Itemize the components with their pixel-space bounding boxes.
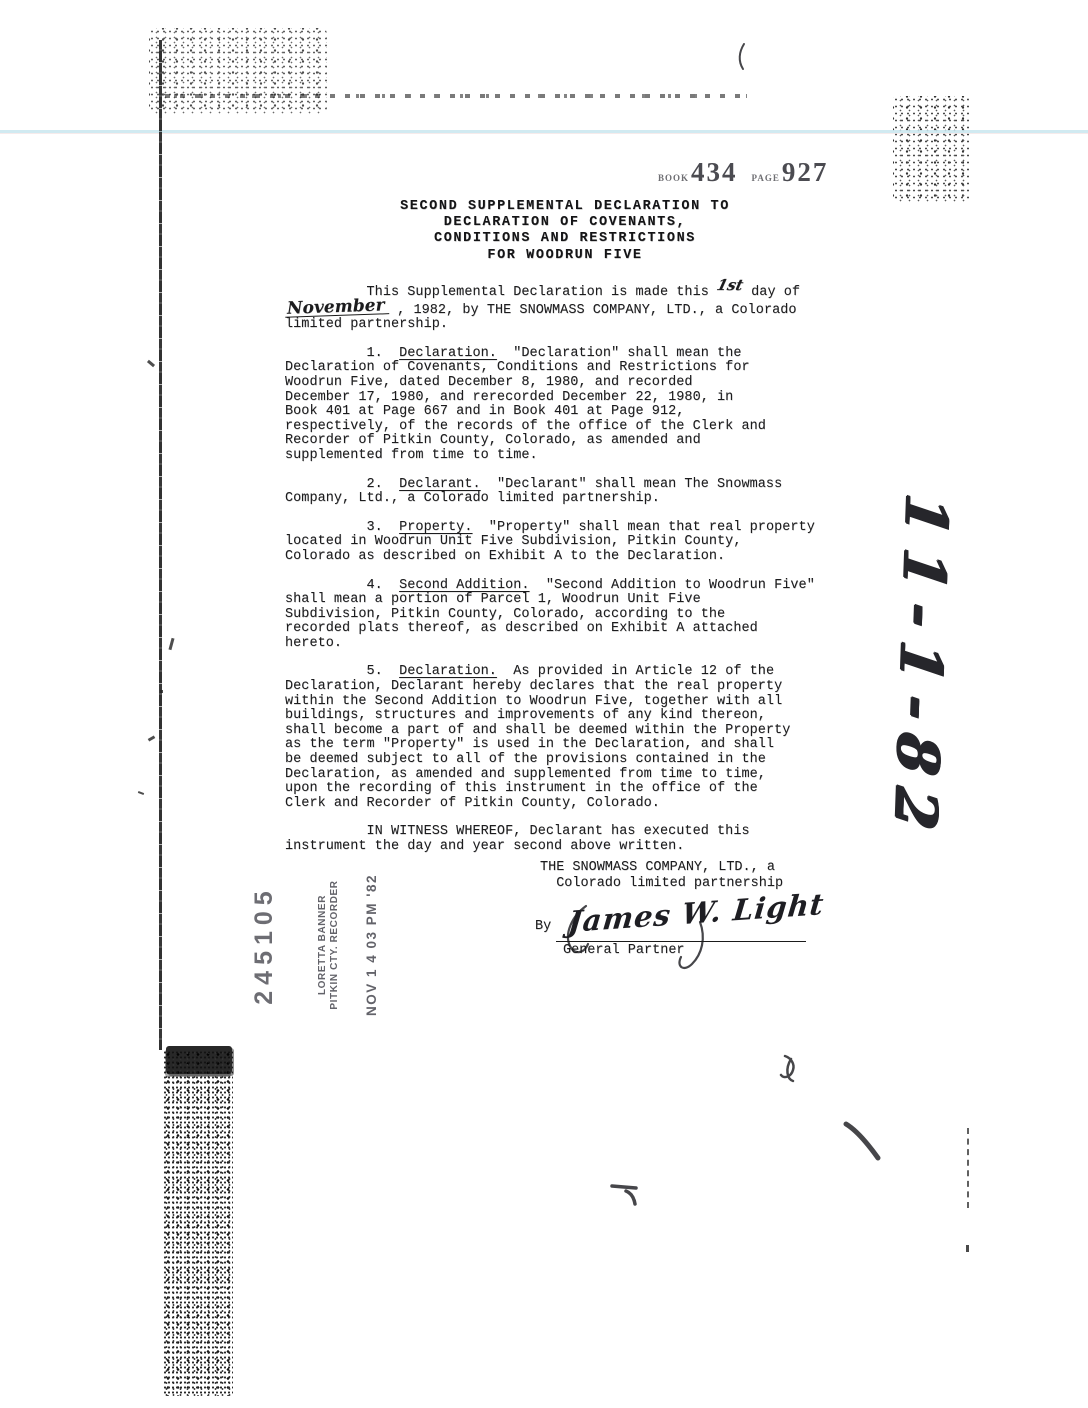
- scan-dotted-trail: [165, 94, 747, 98]
- recorder-title: PITKIN CTY. RECORDER: [329, 870, 341, 1020]
- typed-text: Recorder of Pitkin County, Colorado, as …: [285, 433, 701, 448]
- text-line: hereto.: [285, 637, 870, 652]
- recorder-reception-number: 245105: [250, 870, 284, 1020]
- typed-text: 1.: [285, 346, 399, 361]
- text-line: located in Woodrun Unit Five Subdivision…: [285, 535, 870, 550]
- typed-text: Declaration, as amended and supplemented…: [285, 767, 766, 782]
- company-line: Colorado limited partnership: [540, 876, 783, 892]
- book-label: BOOK: [658, 173, 689, 183]
- company-block: THE SNOWMASS COMPANY, LTD., a Colorado l…: [540, 860, 783, 892]
- text-line: limited partnership.: [285, 318, 870, 333]
- recorder-datetime-stamp: NOV 1 4 03 PM '82: [364, 870, 386, 1020]
- text-line: shall become a part of and shall be deem…: [285, 724, 870, 739]
- paragraph: 3. Property. "Property" shall mean that …: [285, 521, 870, 565]
- scan-dash-dot: [966, 1245, 969, 1252]
- book-page-stamp: BOOK 434 PAGE 927: [658, 157, 828, 188]
- text-line: Declaration, as amended and supplemented…: [285, 768, 870, 783]
- text-line: Declaration of Covenants, Conditions and…: [285, 361, 870, 376]
- typed-text: 2.: [285, 477, 399, 492]
- scan-vertical-line: [159, 40, 162, 1050]
- handwritten-text: November: [285, 298, 389, 318]
- typed-text: December 17, 1980, and rerecorded Decemb…: [285, 390, 733, 405]
- typed-text: Declaration, Declarant hereby declares t…: [285, 679, 782, 694]
- typed-text: be deemed subject to all of the provisio…: [285, 752, 766, 767]
- typed-text: respectively, of the records of the offi…: [285, 419, 766, 434]
- typed-text: hereto.: [285, 636, 342, 651]
- scanned-document-page: BOOK 434 PAGE 927 SECOND SUPPLEMENTAL DE…: [0, 0, 1088, 1408]
- margin-speck: [160, 690, 163, 693]
- text-line: be deemed subject to all of the provisio…: [285, 753, 870, 768]
- text-line: IN WITNESS WHEREOF, Declarant has execut…: [285, 825, 870, 840]
- typed-text: shall become a part of and shall be deem…: [285, 723, 790, 738]
- signature-title: General Partner: [563, 943, 685, 958]
- typed-text: supplemented from time to time.: [285, 448, 538, 463]
- text-line: 5. Declaration. As provided in Article 1…: [285, 665, 870, 680]
- text-line: Recorder of Pitkin County, Colorado, as …: [285, 434, 870, 449]
- margin-speck: [138, 791, 144, 795]
- text-line: instrument the day and year second above…: [285, 840, 870, 855]
- typed-text: "Second Addition to Woodrun Five": [530, 578, 815, 593]
- typed-text: Subdivision, Pitkin County, Colorado, ac…: [285, 607, 725, 622]
- typed-text: within the Second Addition to Woodrun Fi…: [285, 694, 782, 709]
- scan-noise-patch-top-right: [893, 96, 969, 202]
- text-line: Subdivision, Pitkin County, Colorado, ac…: [285, 608, 870, 623]
- document-title: SECOND SUPPLEMENTAL DECLARATION TODECLAR…: [285, 199, 845, 264]
- text-line: 1. Declaration. "Declaration" shall mean…: [285, 347, 870, 362]
- text-line: December 17, 1980, and rerecorded Decemb…: [285, 391, 870, 406]
- typed-text: "Declarant" shall mean The Snowmass: [481, 477, 783, 492]
- text-line: within the Second Addition to Woodrun Fi…: [285, 695, 870, 710]
- typed-text: Colorado as described on Exhibit A to th…: [285, 549, 725, 564]
- recorder-name-stamp: LORETTA BANNER PITKIN CTY. RECORDER: [317, 870, 349, 1020]
- signature-handwritten: James W. Light: [567, 887, 826, 939]
- text-line: respectively, of the records of the offi…: [285, 420, 870, 435]
- title-line: FOR WOODRUN FIVE: [285, 248, 845, 264]
- paragraph: 1. Declaration. "Declaration" shall mean…: [285, 347, 870, 464]
- paragraph: 2. Declarant. "Declarant" shall mean The…: [285, 478, 870, 507]
- typed-text: As provided in Article 12 of the: [497, 664, 774, 679]
- text-line: buildings, structures and improvements o…: [285, 709, 870, 724]
- typed-text: 4.: [285, 578, 399, 593]
- typed-text: 3.: [285, 520, 399, 535]
- recorder-name: LORETTA BANNER: [317, 870, 329, 1020]
- paragraph: IN WITNESS WHEREOF, Declarant has execut…: [285, 825, 870, 854]
- text-line: upon the recording of this instrument in…: [285, 782, 870, 797]
- typed-text: Property.: [399, 520, 472, 535]
- typed-text: Declaration.: [399, 346, 497, 361]
- text-line: Woodrun Five, dated December 8, 1980, an…: [285, 376, 870, 391]
- typed-text: , 1982, by THE SNOWMASS COMPANY, LTD., a…: [389, 303, 797, 318]
- text-line: supplemented from time to time.: [285, 449, 870, 464]
- typed-text: located in Woodrun Unit Five Subdivision…: [285, 534, 741, 549]
- typed-text: instrument the day and year second above…: [285, 839, 684, 854]
- typed-text: IN WITNESS WHEREOF, Declarant has execut…: [285, 824, 750, 839]
- document-body: This Supplemental Declaration is made th…: [285, 283, 870, 869]
- margin-speck: [168, 638, 174, 650]
- signature-by-label: By: [535, 919, 551, 934]
- paragraph: 4. Second Addition. "Second Addition to …: [285, 579, 870, 652]
- typed-text: Declaration of Covenants, Conditions and…: [285, 360, 750, 375]
- typed-text: day of: [743, 285, 800, 300]
- typed-text: Clerk and Recorder of Pitkin County, Col…: [285, 796, 660, 811]
- title-line: DECLARATION OF COVENANTS,: [285, 215, 845, 231]
- typed-text: shall mean a portion of Parcel 1, Woodru…: [285, 592, 701, 607]
- typed-text: "Declaration" shall mean the: [497, 346, 742, 361]
- text-line: as the term "Property" is used in the De…: [285, 738, 870, 753]
- typed-text: "Property" shall mean that real property: [473, 520, 815, 535]
- typed-text: Company, Ltd., a Colorado limited partne…: [285, 491, 660, 506]
- handwritten-margin-date: 11-1-82: [868, 453, 962, 884]
- margin-speck: [148, 735, 156, 741]
- title-line: SECOND SUPPLEMENTAL DECLARATION TO: [285, 199, 845, 215]
- text-line: 4. Second Addition. "Second Addition to …: [285, 579, 870, 594]
- typed-text: Declarant.: [399, 477, 481, 492]
- text-line: recorded plats thereof, as described on …: [285, 622, 870, 637]
- scan-pink-line: [0, 133, 1088, 134]
- text-line: 3. Property. "Property" shall mean that …: [285, 521, 870, 536]
- typed-text: upon the recording of this instrument in…: [285, 781, 758, 796]
- typed-text: Declaration.: [399, 664, 497, 679]
- page-number: 927: [782, 157, 829, 188]
- text-line: Colorado as described on Exhibit A to th…: [285, 550, 870, 565]
- handwritten-text: 1st: [715, 278, 745, 293]
- typed-text: Book 401 at Page 667 and in Book 401 at …: [285, 404, 684, 419]
- typed-text: recorded plats thereof, as described on …: [285, 621, 758, 636]
- text-line: Clerk and Recorder of Pitkin County, Col…: [285, 797, 870, 812]
- text-line: Company, Ltd., a Colorado limited partne…: [285, 492, 870, 507]
- text-line: Declaration, Declarant hereby declares t…: [285, 680, 870, 695]
- company-line: THE SNOWMASS COMPANY, LTD., a: [540, 860, 783, 876]
- typed-text: buildings, structures and improvements o…: [285, 708, 766, 723]
- typed-text: Second Addition.: [399, 578, 529, 593]
- text-line: Book 401 at Page 667 and in Book 401 at …: [285, 405, 870, 420]
- margin-speck: [147, 360, 155, 367]
- scan-dashed-column: [967, 1128, 969, 1208]
- typed-text: Woodrun Five, dated December 8, 1980, an…: [285, 375, 693, 390]
- page-label: PAGE: [752, 173, 780, 183]
- signature-line: [556, 941, 806, 942]
- typed-text: as the term "Property" is used in the De…: [285, 737, 774, 752]
- book-number: 434: [691, 157, 738, 188]
- scan-speckle-band: [163, 1050, 233, 1396]
- text-line: 2. Declarant. "Declarant" shall mean The…: [285, 478, 870, 493]
- typed-text: 5.: [285, 664, 399, 679]
- text-line: November , 1982, by THE SNOWMASS COMPANY…: [285, 301, 870, 319]
- scan-noise-patch-top-left: [149, 28, 327, 114]
- paragraph: This Supplemental Declaration is made th…: [285, 283, 870, 333]
- title-line: CONDITIONS AND RESTRICTIONS: [285, 231, 845, 247]
- paragraph: 5. Declaration. As provided in Article 1…: [285, 665, 870, 811]
- typed-text: limited partnership.: [285, 317, 448, 332]
- text-line: shall mean a portion of Parcel 1, Woodru…: [285, 593, 870, 608]
